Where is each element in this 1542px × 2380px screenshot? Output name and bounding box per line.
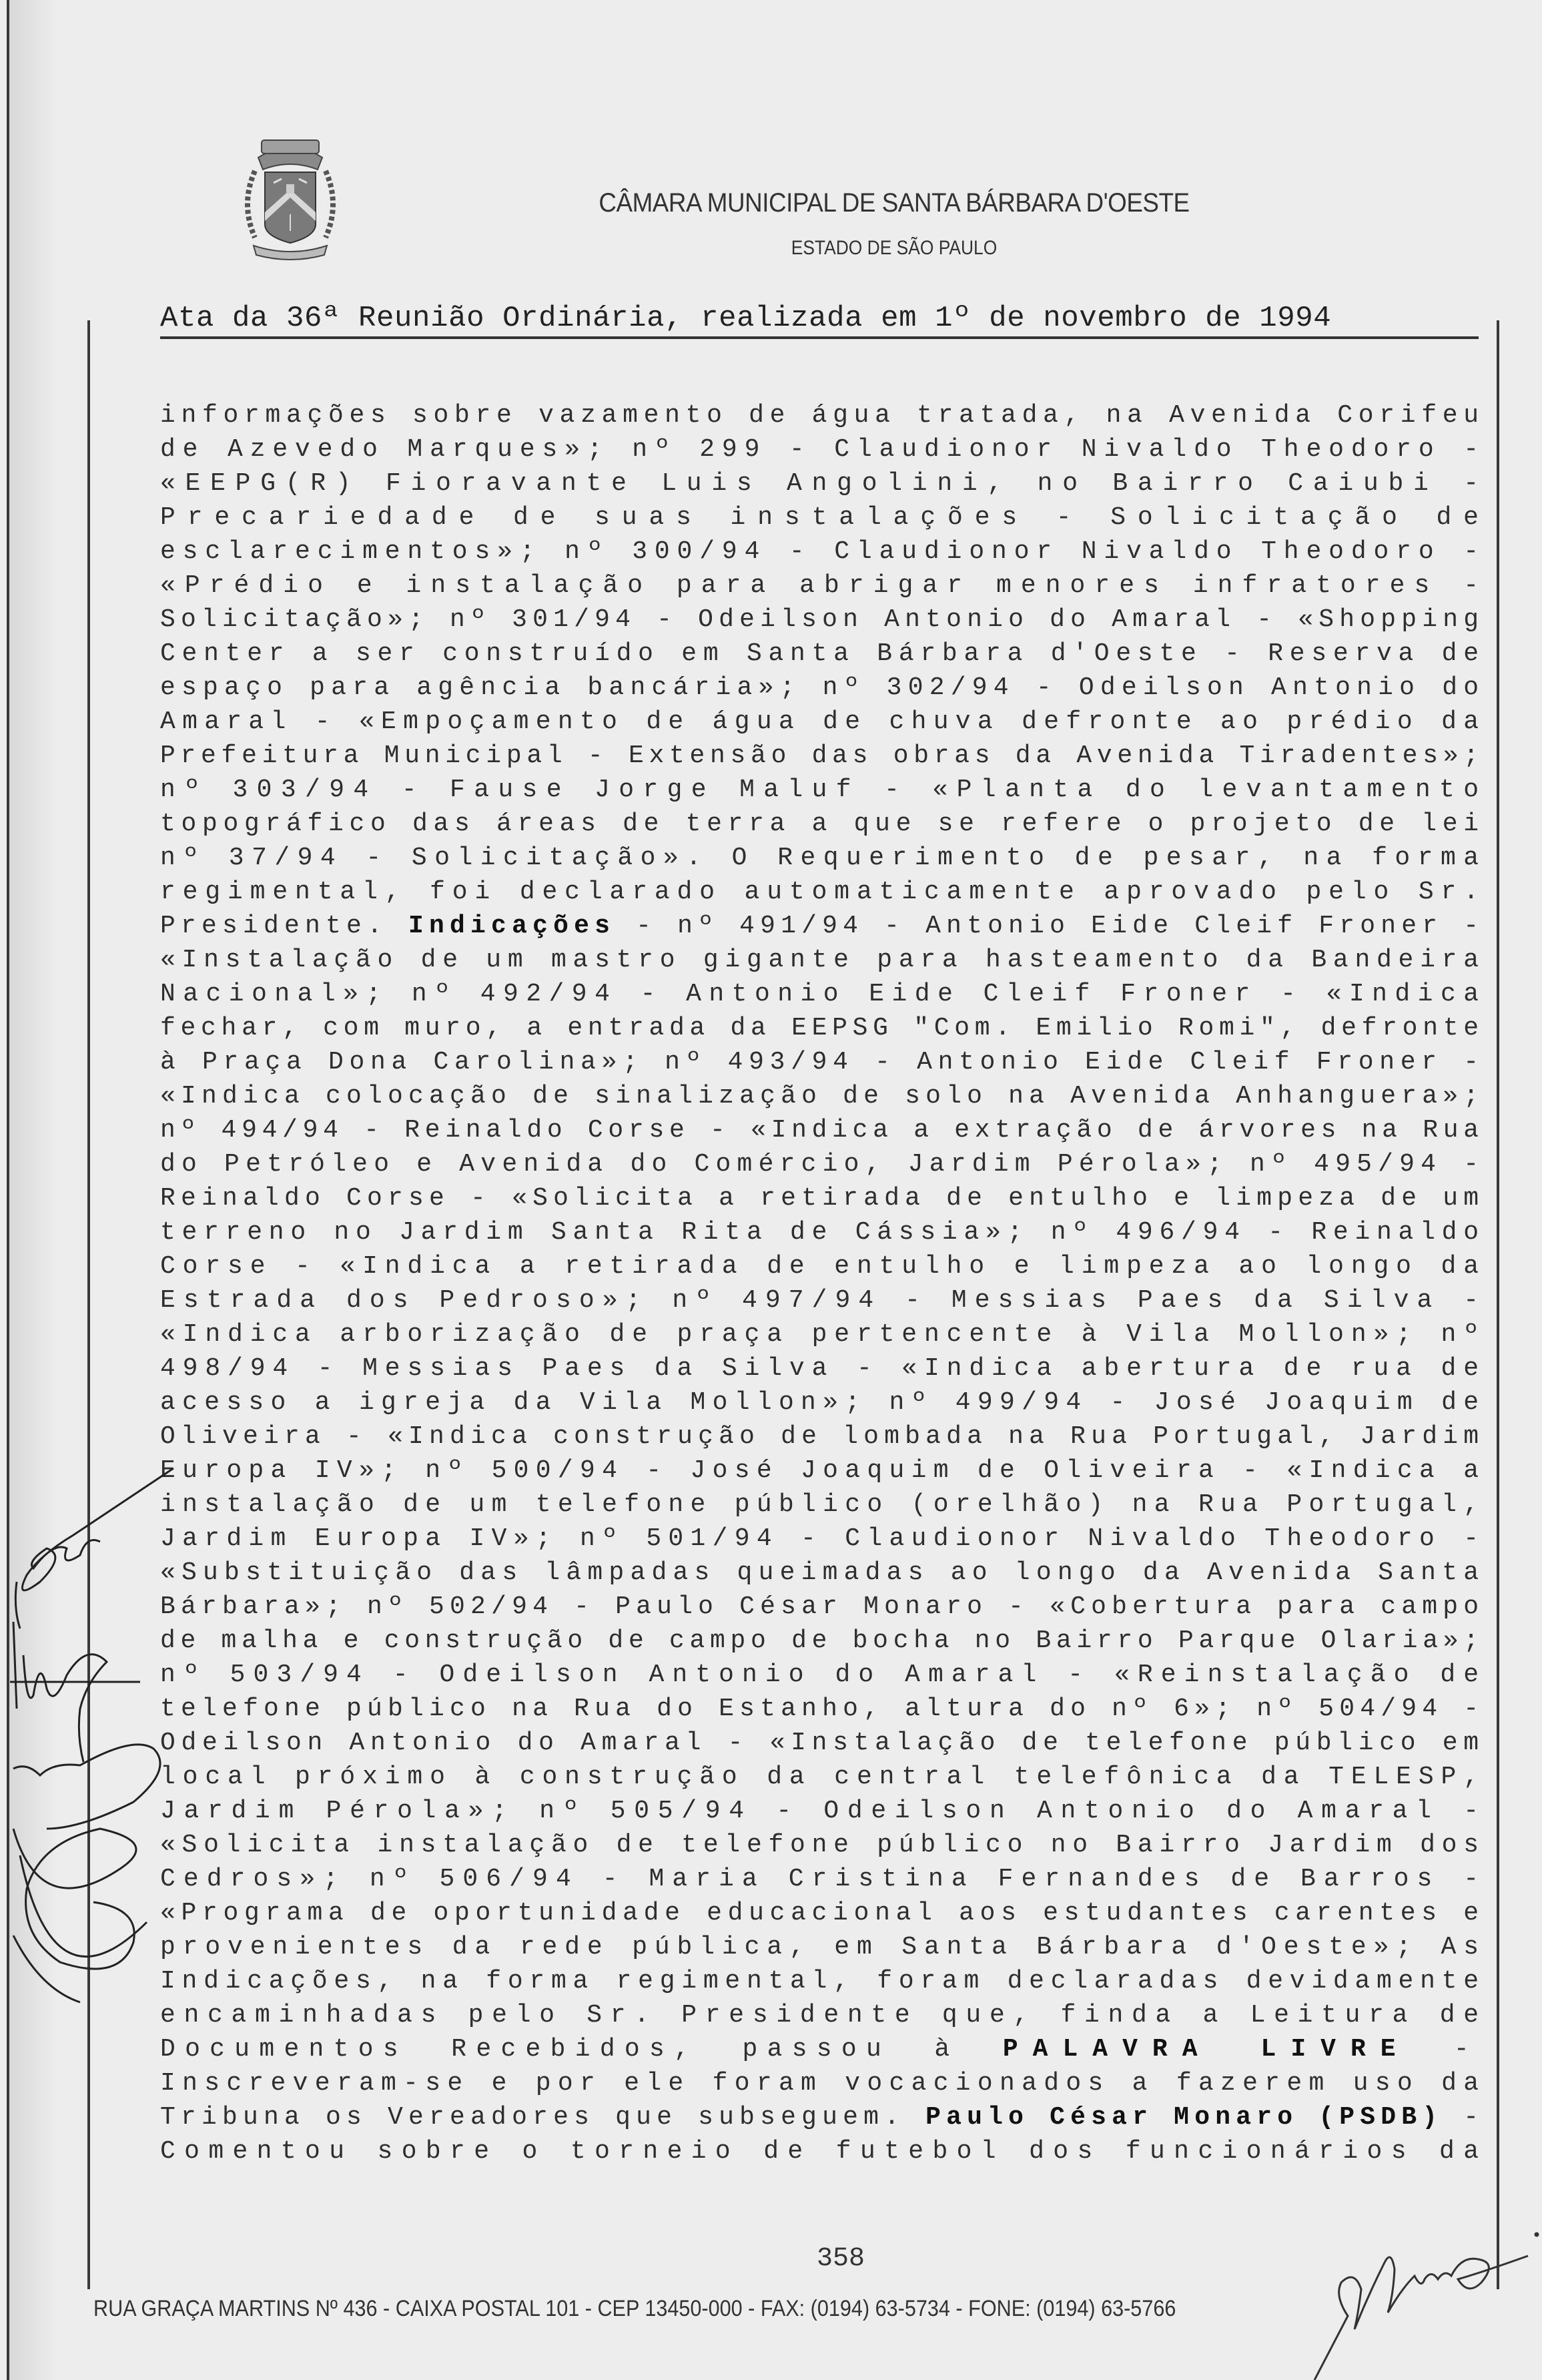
body-text-segment: Odeilson Antonio do Amaral - «Instalação…	[160, 1729, 1485, 1757]
body-text-segment: «Indica arborização de praça pertencente…	[160, 1320, 1486, 1349]
body-text-segment: esclarecimentos»; nº 300/94 - Claudionor…	[160, 537, 1486, 566]
body-line: de Azevedo Marques»; nº 299 - Claudionor…	[160, 432, 1479, 467]
body-line: Center a ser construído em Santa Bárbara…	[160, 637, 1479, 671]
body-text-segment: Europa IV»; nº 500/94 - José Joaquim de …	[160, 1456, 1485, 1485]
body-line: informações sobre vazamento de água trat…	[160, 398, 1479, 432]
body-line: esclarecimentos»; nº 300/94 - Claudionor…	[160, 535, 1479, 569]
body-line: «Prédio e instalação para abrigar menore…	[160, 569, 1479, 603]
body-text-segment: -	[1443, 2103, 1484, 2132]
body-line: local próximo à construção da central te…	[160, 1760, 1479, 1794]
body-line: instalação de um telefone público (orelh…	[160, 1488, 1479, 1522]
body-text-segment: «Substituição das lâmpadas queimadas ao …	[160, 1558, 1485, 1587]
body-text-segment: nº 494/94 - Reinaldo Corse - «Indica a e…	[160, 1116, 1484, 1145]
body-line: espaço para agência bancária»; nº 302/94…	[160, 671, 1479, 705]
organization-name: CÂMARA MUNICIPAL DE SANTA BÁRBARA D'OEST…	[550, 188, 1238, 218]
body-line: Comentou sobre o torneio de futebol dos …	[160, 2134, 1479, 2168]
body-text-segment: regimental, foi declarado automaticament…	[160, 878, 1486, 906]
body-text-segment: informações sobre vazamento de água trat…	[160, 401, 1485, 430]
body-text-segment: «EEPG(R) Fioravante Luis Angolini, no Ba…	[160, 469, 1489, 498]
body-text-segment: Prefeitura Municipal - Extensão das obra…	[160, 741, 1484, 770]
body-line: terreno no Jardim Santa Rita de Cássia»;…	[160, 1215, 1479, 1249]
body-line: Indicações, na forma regimental, foram d…	[160, 1964, 1479, 1998]
body-line: 498/94 - Messias Paes da Silva - «Indica…	[160, 1352, 1479, 1386]
emphasized-text: Paulo César Monaro (PSDB)	[925, 2103, 1443, 2132]
body-line: acesso a igreja da Vila Mollon»; nº 499/…	[160, 1386, 1479, 1420]
body-line: «Indica arborização de praça pertencente…	[160, 1317, 1479, 1352]
body-line: Odeilson Antonio do Amaral - «Instalação…	[160, 1726, 1479, 1760]
footer-address: RUA GRAÇA MARTINS Nº 436 - CAIXA POSTAL …	[93, 2296, 1391, 2322]
body-line: Reinaldo Corse - «Solicita a retirada de…	[160, 1181, 1479, 1215]
body-text-segment: Inscreveram-se e por ele foram vocaciona…	[160, 2069, 1485, 2098]
page-edge-line	[7, 0, 9, 2380]
body-line: à Praça Dona Carolina»; nº 493/94 - Anto…	[160, 1045, 1479, 1079]
body-line: Documentos Recebidos, passou à PALAVRA L…	[160, 2032, 1479, 2066]
body-text-segment: espaço para agência bancária»; nº 302/94…	[160, 673, 1485, 702]
body-line: provenientes da rede pública, em Santa B…	[160, 1930, 1479, 1964]
body-line: do Petróleo e Avenida do Comércio, Jardi…	[160, 1147, 1479, 1181]
body-line: «Substituição das lâmpadas queimadas ao …	[160, 1556, 1479, 1590]
emphasized-text: Indicações	[408, 912, 615, 940]
body-text-segment: «Prédio e instalação para abrigar menore…	[160, 571, 1488, 600]
body-text-segment: 498/94 - Messias Paes da Silva - «Indica…	[160, 1354, 1486, 1383]
body-text-segment: Oliveira - «Indica construção de lombada…	[160, 1422, 1484, 1451]
page-binding-shadow	[9, 0, 56, 2380]
body-line: Inscreveram-se e por ele foram vocaciona…	[160, 2066, 1479, 2100]
body-line: Solicitação»; nº 301/94 - Odeilson Anton…	[160, 603, 1479, 637]
frame-left-border	[87, 320, 90, 2289]
body-line: Tribuna os Vereadores que subseguem. Pau…	[160, 2100, 1479, 2134]
body-text-segment: «Instalação de um mastro gigante para ha…	[160, 946, 1485, 974]
organization-state: ESTADO DE SÃO PAULO	[565, 237, 1223, 260]
body-line: nº 37/94 - Solicitação». O Requerimento …	[160, 841, 1479, 875]
body-text-segment: Indicações, na forma regimental, foram d…	[160, 1967, 1485, 1996]
body-line: Jardim Europa IV»; nº 501/94 - Claudiono…	[160, 1522, 1479, 1556]
body-line: Prefeitura Municipal - Extensão das obra…	[160, 739, 1479, 773]
body-text-segment: acesso a igreja da Vila Mollon»; nº 499/…	[160, 1388, 1485, 1417]
body-text-segment: nº 303/94 - Fause Jorge Maluf - «Planta …	[160, 776, 1487, 804]
body-line: «Indica colocação de sinalização de solo…	[160, 1079, 1479, 1113]
body-line: Cedros»; nº 506/94 - Maria Cristina Fern…	[160, 1862, 1479, 1896]
body-line: topográfico das áreas de terra a que se …	[160, 807, 1479, 841]
body-text-segment: provenientes da rede pública, em Santa B…	[160, 1933, 1486, 1962]
body-line: Presidente. Indicações - nº 491/94 - Ant…	[160, 909, 1479, 943]
body-line: regimental, foi declarado automaticament…	[160, 875, 1479, 909]
body-text-segment: Precariedade de suas instalações - Solic…	[160, 503, 1491, 532]
body-text-segment: Cedros»; nº 506/94 - Maria Cristina Fern…	[160, 1865, 1487, 1893]
body-text-segment: Solicitação»; nº 301/94 - Odeilson Anton…	[160, 605, 1484, 634]
body-text-segment: de malha e construção de campo de bocha …	[160, 1626, 1484, 1655]
body-text-segment: «Programa de oportunidade educacional ao…	[160, 1899, 1485, 1927]
body-text-segment: telefone público na Rua do Estanho, altu…	[160, 1695, 1484, 1723]
body-line: Precariedade de suas instalações - Solic…	[160, 501, 1479, 535]
body-text-segment: de Azevedo Marques»; nº 299 - Claudionor…	[160, 435, 1486, 464]
body-line: fechar, com muro, a entrada da EEPSG "Co…	[160, 1011, 1479, 1045]
body-line: Bárbara»; nº 502/94 - Paulo César Monaro…	[160, 1590, 1479, 1624]
body-text-segment: local próximo à construção da central te…	[160, 1763, 1486, 1791]
body-line: nº 494/94 - Reinaldo Corse - «Indica a e…	[160, 1113, 1479, 1147]
body-line: Europa IV»; nº 500/94 - José Joaquim de …	[160, 1454, 1479, 1488]
body-text-segment: «Indica colocação de sinalização de solo…	[160, 1082, 1484, 1111]
body-line: encaminhadas pelo Sr. Presidente que, fi…	[160, 1998, 1479, 2032]
body-line: Oliveira - «Indica construção de lombada…	[160, 1420, 1479, 1454]
body-text-segment: Tribuna os Vereadores que subseguem.	[160, 2103, 925, 2132]
minutes-body-text: informações sobre vazamento de água trat…	[160, 398, 1479, 2168]
body-line: «Instalação de um mastro gigante para ha…	[160, 943, 1479, 977]
body-text-segment: Comentou sobre o torneio de futebol dos …	[160, 2137, 1487, 2166]
body-text-segment: Documentos Recebidos, passou à	[160, 2035, 1003, 2064]
body-text-segment: «Solicita instalação de telefone público…	[160, 1831, 1485, 1859]
body-text-segment: -	[1411, 2035, 1479, 2064]
body-text-segment: fechar, com muro, a entrada da EEPSG "Co…	[160, 1014, 1484, 1043]
body-text-segment: Amaral - «Empoçamento de água de chuva d…	[160, 707, 1485, 736]
body-text-segment: nº 37/94 - Solicitação». O Requerimento …	[160, 844, 1486, 872]
body-text-segment: terreno no Jardim Santa Rita de Cássia»;…	[160, 1218, 1485, 1247]
body-line: «EEPG(R) Fioravante Luis Angolini, no Ba…	[160, 467, 1479, 501]
emphasized-text: PALAVRA LIVRE	[1003, 2035, 1411, 2064]
body-line: Amaral - «Empoçamento de água de chuva d…	[160, 705, 1479, 739]
body-text-segment: Jardim Europa IV»; nº 501/94 - Claudiono…	[160, 1524, 1485, 1553]
body-text-segment: à Praça Dona Carolina»; nº 493/94 - Anto…	[160, 1048, 1485, 1077]
body-line: telefone público na Rua do Estanho, altu…	[160, 1692, 1479, 1726]
body-text-segment: Corse - «Indica a retirada de entulho e …	[160, 1252, 1486, 1281]
body-text-segment: - nº 491/94 - Antonio Eide Cleif Froner …	[615, 912, 1484, 940]
body-line: nº 303/94 - Fause Jorge Maluf - «Planta …	[160, 773, 1479, 807]
body-text-segment: Reinaldo Corse - «Solicita a retirada de…	[160, 1184, 1484, 1213]
body-text-segment: Jardim Pérola»; nº 505/94 - Odeilson Ant…	[160, 1797, 1487, 1825]
body-text-segment: topográfico das áreas de terra a que se …	[160, 810, 1485, 838]
page-number: 358	[801, 2244, 881, 2274]
body-text-segment: Center a ser construído em Santa Bárbara…	[160, 639, 1485, 668]
frame-right-border	[1497, 320, 1499, 2289]
body-text-segment: nº 503/94 - Odeilson Antonio do Amaral -…	[160, 1661, 1487, 1689]
document-title: Ata da 36ª Reunião Ordinária, realizada …	[160, 302, 1479, 339]
body-line: Estrada dos Pedroso»; nº 497/94 - Messia…	[160, 1283, 1479, 1317]
body-line: «Programa de oportunidade educacional ao…	[160, 1896, 1479, 1930]
body-text-segment: Nacional»; nº 492/94 - Antonio Eide Clei…	[160, 980, 1486, 1008]
body-line: Nacional»; nº 492/94 - Antonio Eide Clei…	[160, 977, 1479, 1011]
body-line: «Solicita instalação de telefone público…	[160, 1828, 1479, 1862]
body-line: Jardim Pérola»; nº 505/94 - Odeilson Ant…	[160, 1794, 1479, 1828]
body-text-segment: instalação de um telefone público (orelh…	[160, 1490, 1485, 1519]
body-line: nº 503/94 - Odeilson Antonio do Amaral -…	[160, 1658, 1479, 1692]
body-text-segment: do Petróleo e Avenida do Comércio, Jardi…	[160, 1150, 1485, 1179]
body-text-segment: Bárbara»; nº 502/94 - Paulo César Monaro…	[160, 1592, 1484, 1621]
body-line: de malha e construção de campo de bocha …	[160, 1624, 1479, 1658]
municipal-crest-icon	[235, 131, 346, 262]
body-text-segment: Presidente.	[160, 912, 408, 940]
body-text-segment: Estrada dos Pedroso»; nº 497/94 - Messia…	[160, 1286, 1487, 1315]
body-text-segment: encaminhadas pelo Sr. Presidente que, fi…	[160, 2001, 1487, 2030]
body-line: Corse - «Indica a retirada de entulho e …	[160, 1249, 1479, 1283]
